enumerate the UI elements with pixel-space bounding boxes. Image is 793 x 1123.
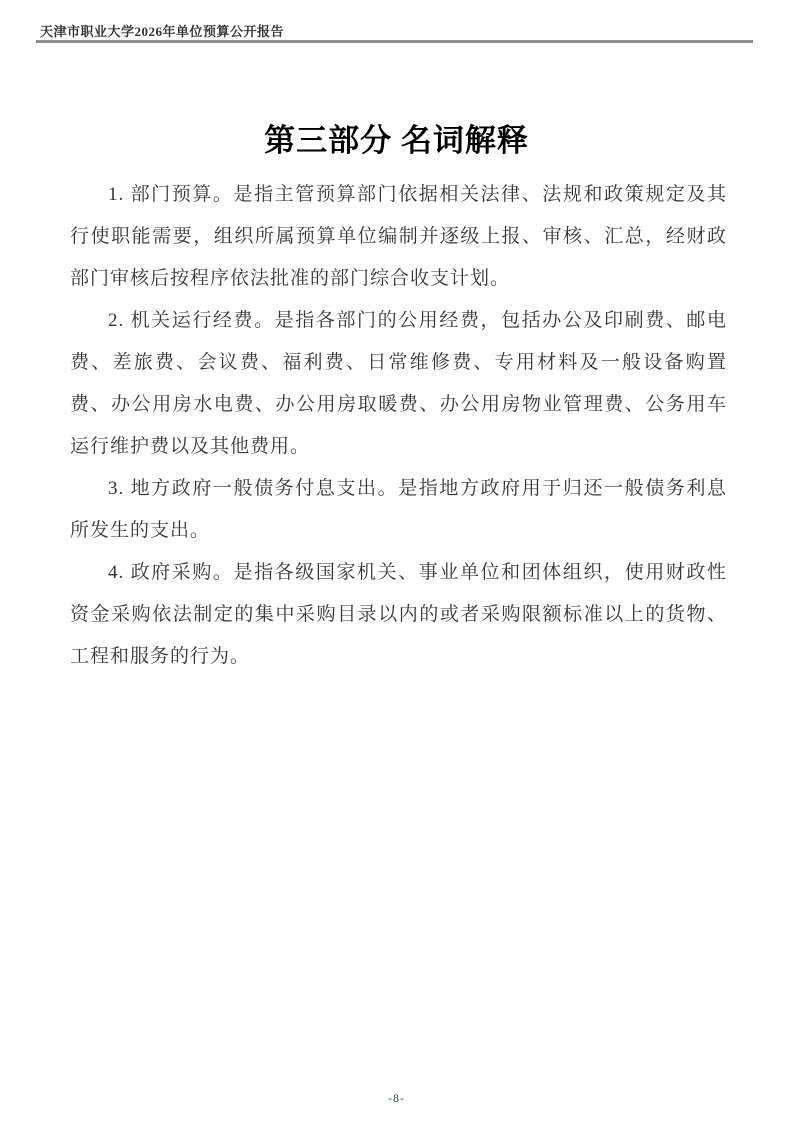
paragraph-department-budget: 1. 部门预算。是指主管预算部门依据相关法律、法规和政策规定及其行使职能需要，组… <box>70 174 727 300</box>
paragraph-agency-operating-expenses: 2. 机关运行经费。是指各部门的公用经费，包括办公及印刷费、邮电费、差旅费、会议… <box>70 300 727 468</box>
header-divider-rule <box>36 40 753 43</box>
page-number: -8- <box>0 1091 793 1106</box>
document-body: 1. 部门预算。是指主管预算部门依据相关法律、法规和政策规定及其行使职能需要，组… <box>70 174 727 678</box>
page-header-title: 天津市职业大学2026年单位预算公开报告 <box>40 21 284 40</box>
paragraph-local-gov-debt-interest: 3. 地方政府一般债务付息支出。是指地方政府用于归还一般债务利息所发生的支出。 <box>70 468 727 552</box>
document-page: 天津市职业大学2026年单位预算公开报告 第三部分 名词解释 1. 部门预算。是… <box>0 0 793 1123</box>
section-title: 第三部分 名词解释 <box>0 120 793 162</box>
paragraph-government-procurement: 4. 政府采购。是指各级国家机关、事业单位和团体组织，使用财政性资金采购依法制定… <box>70 552 727 678</box>
